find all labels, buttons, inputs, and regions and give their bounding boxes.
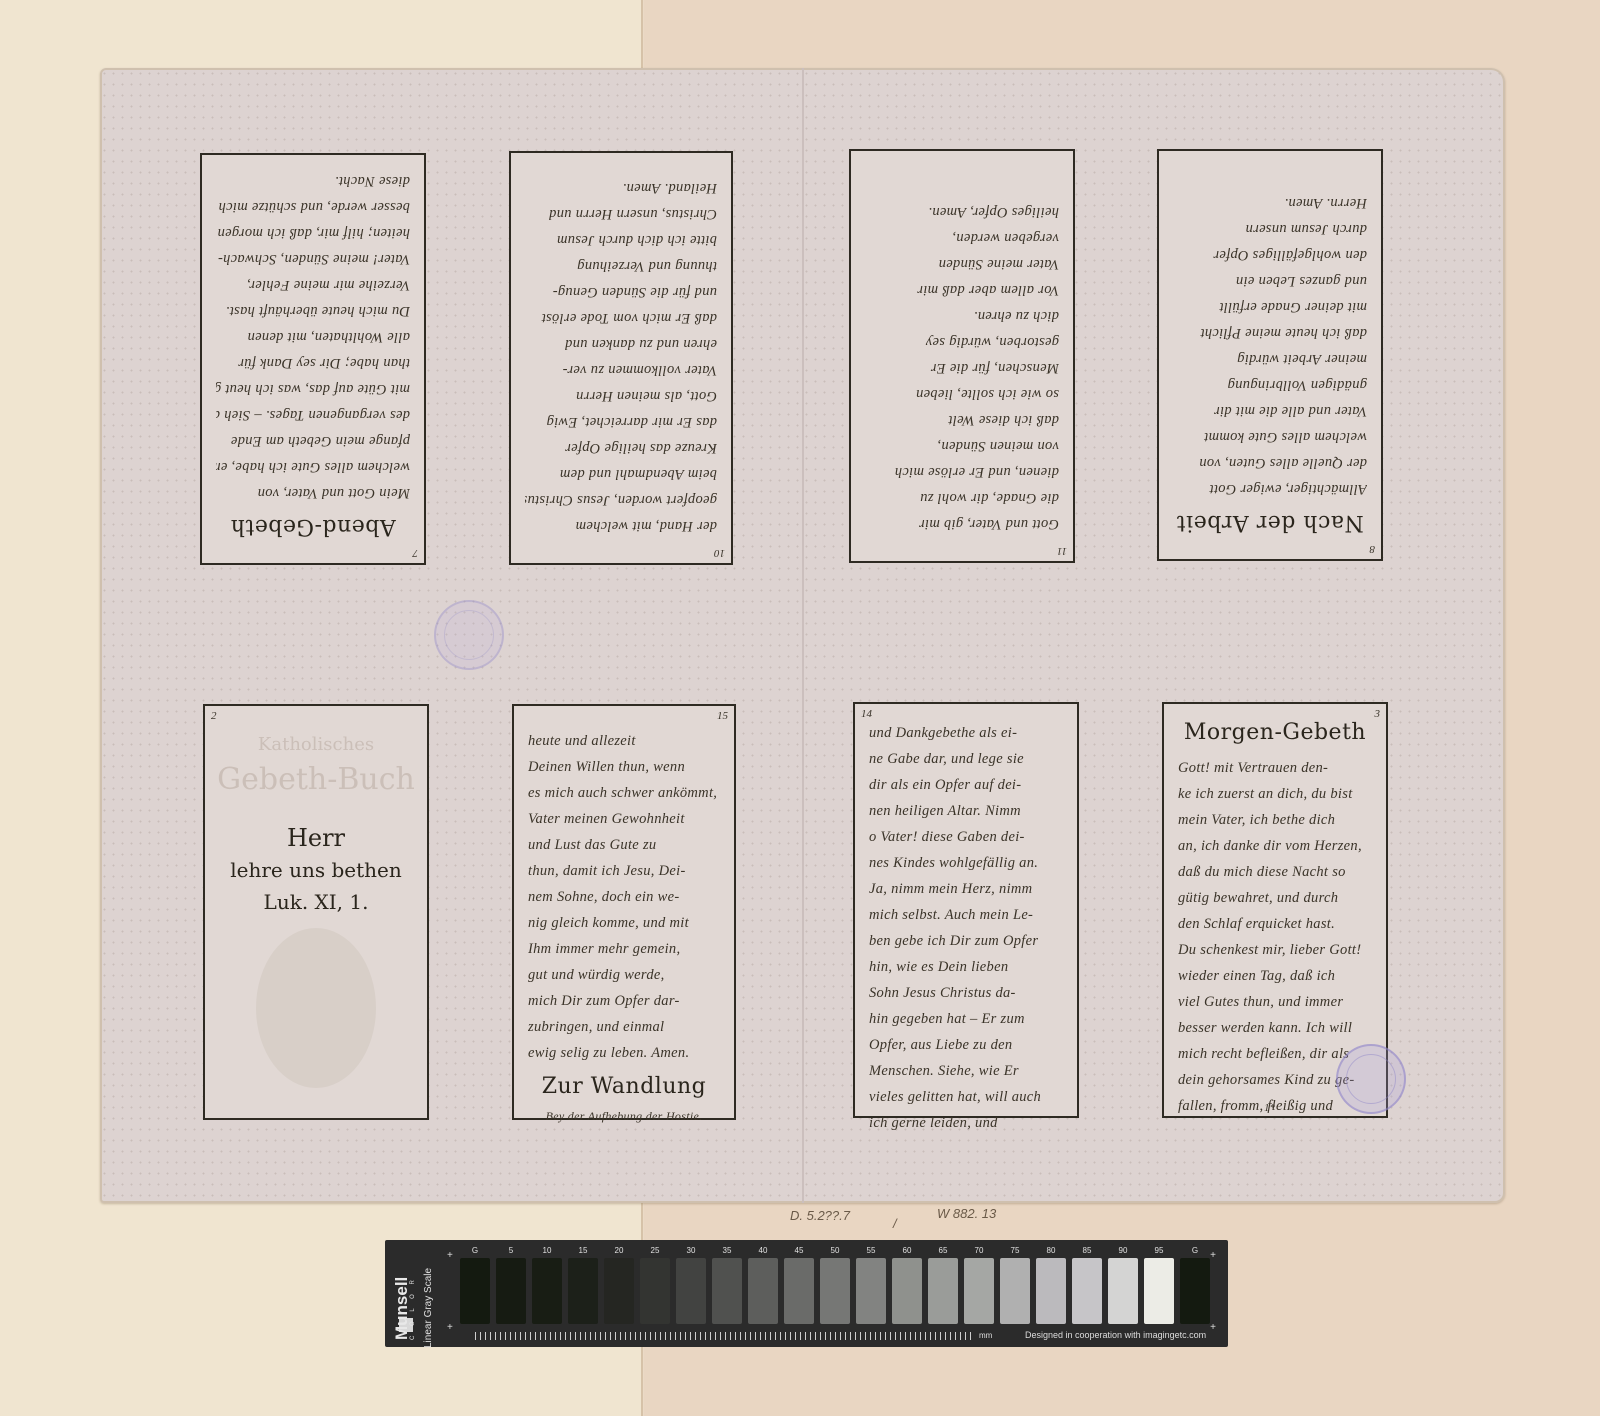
text-line: nig gleich komme, und mit xyxy=(528,910,720,936)
text-line: ich gerne leiden, und xyxy=(869,1110,1063,1136)
gray-patch: 30 xyxy=(676,1246,706,1324)
text-line: des vergangenen Tages. – Sieh ab xyxy=(216,402,410,428)
text-line: von meinen Sünden, xyxy=(865,433,1059,459)
gray-scale-card: Munsell C O L O R Linear Gray Scale + + … xyxy=(385,1240,1228,1347)
text-line: bitte ich dich durch Jesum xyxy=(525,227,717,253)
page-title: Nach der Arbeit xyxy=(1159,510,1381,535)
text-line: daß du mich diese Nacht so xyxy=(1178,859,1372,885)
gray-patch: 55 xyxy=(856,1246,886,1324)
text-line: und Dankgebethe als ei- xyxy=(869,720,1063,746)
gray-patch: 70 xyxy=(964,1246,994,1324)
brand-name: Munsell xyxy=(393,1252,410,1340)
text-line: daß ich heute meine Pflicht xyxy=(1173,320,1367,346)
text-line: than habe; Dir sey Dank für xyxy=(216,350,410,376)
text-line: Deinen Willen thun, wenn xyxy=(528,754,720,780)
text-line: so wie ich sollte, lieben xyxy=(865,381,1059,407)
booklet-sheet: 7 Abend-Gebeth Mein Gott und Vater, von … xyxy=(100,68,1505,1203)
text-line: viel Gutes thun, und immer xyxy=(1178,989,1372,1015)
text-line: Vater und alle die mit dir xyxy=(1173,398,1367,424)
page-number: 14 xyxy=(861,708,872,720)
text-line: es mich auch schwer ankömmt, xyxy=(528,780,720,806)
gray-patch: 25 xyxy=(640,1246,670,1324)
registration-mark: + xyxy=(1210,1250,1216,1261)
motto-citation: Luk. XI, 1. xyxy=(205,890,427,914)
text-line: vergeben werden, xyxy=(865,225,1059,251)
gray-patch: 15 xyxy=(568,1246,598,1324)
text-line: der Quelle alles Guten, von xyxy=(1173,450,1367,476)
gray-patch: 20 xyxy=(604,1246,634,1324)
munsell-brand: Munsell C O L O R Linear Gray Scale xyxy=(391,1248,431,1340)
ghost-text-show-through: Gebeth-Buch xyxy=(205,762,427,797)
text-line: beim Abendmahl und dem xyxy=(525,461,717,487)
text-line: Ihm immer mehr gemein, xyxy=(528,936,720,962)
text-line: gütig bewahret, und durch xyxy=(1178,885,1372,911)
text-line: Vor allem aber daß mir xyxy=(865,277,1059,303)
text-line: ehren und zu danken und xyxy=(525,331,717,357)
gray-patch: 80 xyxy=(1036,1246,1066,1324)
page-number: 7 xyxy=(413,547,419,559)
page-8-nach-der-arbeit: 8 Nach der Arbeit Allmächtiger, ewiger G… xyxy=(1157,149,1383,561)
text-line: ne Gabe dar, und lege sie xyxy=(869,746,1063,772)
text-line: Vater vollkommen zu ver- xyxy=(525,357,717,383)
gray-patch: 60 xyxy=(892,1246,922,1324)
text-line: Mein Gott und Vater, von xyxy=(216,480,410,506)
library-stamp-faded xyxy=(434,600,504,670)
text-line: welchem alles Gute kommt xyxy=(1173,424,1367,450)
ruler-unit: mm xyxy=(979,1331,992,1340)
text-line: und Lust das Gute zu xyxy=(528,832,720,858)
gray-patch: 45 xyxy=(784,1246,814,1324)
text-line: wieder einen Tag, daß ich xyxy=(1178,963,1372,989)
text-line: gut und würdig werde, xyxy=(528,962,720,988)
text-line: besser werde, und schütze mich xyxy=(216,194,410,220)
page-14: 14 und Dankgebethe als ei- ne Gabe dar, … xyxy=(853,702,1079,1118)
text-line: thun, damit ich Jesu, Dei- xyxy=(528,858,720,884)
text-line: dienen, und Er erlöse mich xyxy=(865,459,1059,485)
text-line: Opfer, aus Liebe zu den xyxy=(869,1032,1063,1058)
text-line: besser werden kann. Ich will xyxy=(1178,1015,1372,1041)
section-title: Zur Wandlung xyxy=(514,1074,734,1099)
registration-mark: + xyxy=(447,1322,453,1333)
text-line: Gott! mit Vertrauen den- xyxy=(1178,755,1372,781)
text-line: Ja, nimm mein Herz, nimm xyxy=(869,876,1063,902)
text-line: mich selbst. Auch mein Le- xyxy=(869,902,1063,928)
page-10: 10 der Hand, mit welchem geopfert worden… xyxy=(509,151,733,565)
text-line: vieles gelitten hat, will auch xyxy=(869,1084,1063,1110)
text-line: Menschen, für die Er xyxy=(865,355,1059,381)
text-line: Gott und Vater, gib mir xyxy=(865,511,1059,537)
text-line: den wohlgefälliges Opfer xyxy=(1173,242,1367,268)
text-line: Vater meinen Gewohnheit xyxy=(528,806,720,832)
text-line: hin gegeben hat – Er zum xyxy=(869,1006,1063,1032)
library-stamp xyxy=(1336,1044,1406,1114)
motto-line: Herr xyxy=(205,824,427,852)
text-line: Herrn. Amen. xyxy=(1173,190,1367,216)
text-line: mein Vater, ich bethe dich xyxy=(1178,807,1372,833)
shelfmark-2: W 882. 13 xyxy=(937,1206,996,1221)
text-line: welchem alles Gute ich habe, em- xyxy=(216,454,410,480)
text-line: mich Dir zum Opfer dar- xyxy=(528,988,720,1014)
text-line: Vater! meine Sünden, Schwach- xyxy=(216,246,410,272)
text-line: nes Kindes wohlgefällig an. xyxy=(869,850,1063,876)
text-line: daß Er mich vom Tode erlöst xyxy=(525,305,717,331)
gray-patch: 90 xyxy=(1108,1246,1138,1324)
gray-patch: 35 xyxy=(712,1246,742,1324)
gray-patch: 95 xyxy=(1144,1246,1174,1324)
page-15: 15 heute und allezeit Deinen Willen thun… xyxy=(512,704,736,1120)
motto-line: lehre uns bethen xyxy=(205,858,427,882)
center-fold xyxy=(802,68,804,1203)
text-line: Allmächtiger, ewiger Gott xyxy=(1173,476,1367,502)
text-line: gestorben, würdig sey xyxy=(865,329,1059,355)
text-line: ben gebe ich Dir zum Opfer xyxy=(869,928,1063,954)
text-line: das Er mir darreichet, Ewig xyxy=(525,409,717,435)
text-line: die Gnade, dir wohl zu xyxy=(865,485,1059,511)
text-line: Christus, unsern Herrn und xyxy=(525,201,717,227)
page-number: 10 xyxy=(714,547,725,559)
text-line: durch Jesum unsern xyxy=(1173,216,1367,242)
text-line: den Schlaf erquicket hast. xyxy=(1178,911,1372,937)
text-line: und ganzes Leben ein xyxy=(1173,268,1367,294)
shelfmark-separator: / xyxy=(893,1216,897,1231)
text-line: geopfert worden, Jesus Christus xyxy=(525,487,717,513)
page-number: 8 xyxy=(1370,543,1376,555)
card-title: Linear Gray Scale xyxy=(423,1256,437,1348)
card-credit: Designed in cooperation with imagingetc.… xyxy=(1025,1330,1206,1340)
text-line: ewig selig zu leben. Amen. xyxy=(528,1040,720,1066)
page-7-abend-gebeth: 7 Abend-Gebeth Mein Gott und Vater, von … xyxy=(200,153,426,565)
text-line: zubringen, und einmal xyxy=(528,1014,720,1040)
text-line: mit deiner Gnade erfüllt xyxy=(1173,294,1367,320)
text-line: hin, wie es Dein lieben xyxy=(869,954,1063,980)
page-number: 3 xyxy=(1375,708,1381,720)
text-line: Sohn Jesus Christus da- xyxy=(869,980,1063,1006)
page-2-title-page: 2 Katholisches Gebeth-Buch Herr lehre un… xyxy=(203,704,429,1120)
text-line: meiner Arbeit würdig xyxy=(1173,346,1367,372)
text-line: daß ich diese Welt xyxy=(865,407,1059,433)
text-line: Menschen. Siehe, wie Er xyxy=(869,1058,1063,1084)
section-subtitle: Bey der Aufhebung der Hostie. xyxy=(528,1103,720,1129)
text-line: diese Nacht. xyxy=(216,168,410,194)
text-line: Vater meine Sünden xyxy=(865,251,1059,277)
text-line: Heiland. Amen. xyxy=(525,175,717,201)
text-line: ke ich zuerst an dich, du bist xyxy=(1178,781,1372,807)
page-number: 15 xyxy=(717,710,728,722)
ghost-oval-vignette xyxy=(256,928,376,1088)
text-line: und für die Sünden Genug- xyxy=(525,279,717,305)
gray-patch: 75 xyxy=(1000,1246,1030,1324)
text-line: alle Wohlthaten, mit denen xyxy=(216,324,410,350)
text-line: Gott, als meinen Herrn xyxy=(525,383,717,409)
registration-mark: + xyxy=(1210,1322,1216,1333)
text-line: nem Sohne, doch ein we- xyxy=(528,884,720,910)
text-line: heiliges Opfer, Amen. xyxy=(865,199,1059,225)
text-line: Du schenkest mir, lieber Gott! xyxy=(1178,937,1372,963)
gray-patches: G 5 10 15 20 25 30 35 40 45 50 55 60 65 … xyxy=(460,1246,1210,1324)
text-line: heiten; hilf mir, daß ich morgen xyxy=(216,220,410,246)
gray-patch: G xyxy=(460,1246,490,1324)
gray-patch: 85 xyxy=(1072,1246,1102,1324)
shelfmark-1: D. 5.2??.7 xyxy=(790,1208,850,1223)
text-line: heute und allezeit xyxy=(528,728,720,754)
text-line: o Vater! diese Gaben dei- xyxy=(869,824,1063,850)
registration-mark: + xyxy=(447,1250,453,1261)
text-line: dir als ein Opfer auf dei- xyxy=(869,772,1063,798)
page-number: 2 xyxy=(211,710,217,722)
text-line: Verzeihe mir meine Fehler, xyxy=(216,272,410,298)
gray-patch: 40 xyxy=(748,1246,778,1324)
text-line: mit Güte auf das, was ich heut ge- xyxy=(216,376,410,402)
text-line: Du mich heute überhäuft hast. xyxy=(216,298,410,324)
text-line: thuung und Verzeihung xyxy=(525,253,717,279)
page-11: 11 Gott und Vater, gib mir die Gnade, di… xyxy=(849,149,1075,563)
gray-patch: G xyxy=(1180,1246,1210,1324)
gray-patch: 65 xyxy=(928,1246,958,1324)
text-line: Kreuze das heilige Opfer xyxy=(525,435,717,461)
text-line: pfange mein Gebeth am Ende xyxy=(216,428,410,454)
page-number: 11 xyxy=(1057,545,1067,557)
ghost-text-show-through: Katholisches xyxy=(205,734,427,755)
text-line: dich zu ehren. xyxy=(865,303,1059,329)
signature-mark: 1* xyxy=(1264,1102,1275,1114)
brand-sub: C O L O R xyxy=(410,1252,416,1340)
text-line: an, ich danke dir vom Herzen, xyxy=(1178,833,1372,859)
mm-ruler xyxy=(475,1332,975,1340)
page-title: Morgen-Gebeth xyxy=(1164,720,1386,745)
gray-patch: 50 xyxy=(820,1246,850,1324)
text-line: der Hand, mit welchem xyxy=(525,513,717,539)
gray-patch: 10 xyxy=(532,1246,562,1324)
gray-patch: 5 xyxy=(496,1246,526,1324)
page-title: Abend-Gebeth xyxy=(202,514,424,539)
text-line: nen heiligen Altar. Nimm xyxy=(869,798,1063,824)
text-line: gnädigen Vollbringung xyxy=(1173,372,1367,398)
